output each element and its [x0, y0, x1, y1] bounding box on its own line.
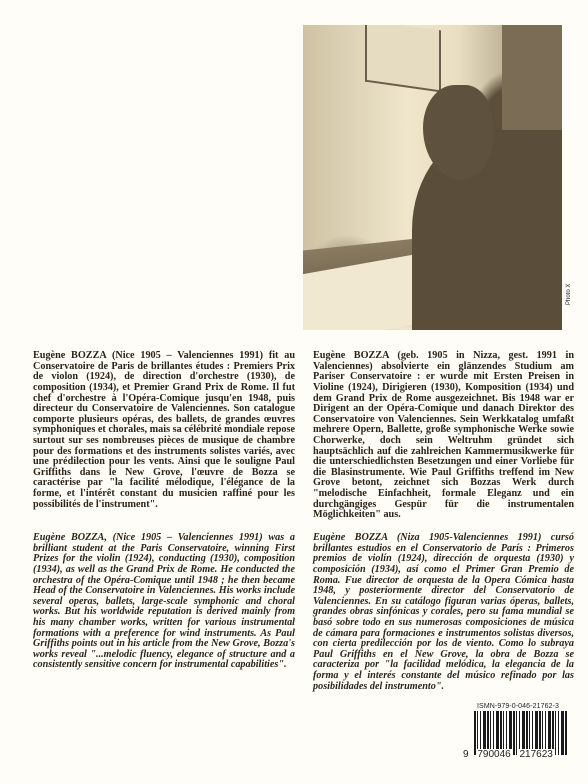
- biography-german: Eugène BOZZA (geb. 1905 in Nizza, gest. …: [313, 351, 574, 521]
- barcode: ISMN-979-0-046-21762-3 9 790046 217623: [462, 703, 574, 769]
- picture-frame: [365, 25, 441, 92]
- composer-photo: [303, 25, 562, 330]
- barcode-digits: 9 790046 217623: [462, 749, 574, 760]
- ismn-number: ISMN-979-0-046-21762-3: [462, 703, 574, 710]
- barcode-digits-right: 217623: [519, 749, 554, 760]
- photo-credit: Photo X: [566, 284, 572, 305]
- biography-spanish: Eugène BOZZA (Niza 1905-Valenciennes 199…: [313, 533, 574, 692]
- barcode-digits-left: 790046: [476, 749, 511, 760]
- biography-english: Eugène BOZZA, (Nice 1905 – Valenciennes …: [33, 533, 295, 671]
- biography-french: Eugène BOZZA (Nice 1905 – Valenciennes 1…: [33, 351, 295, 510]
- barcode-digit-lead: 9: [462, 749, 470, 760]
